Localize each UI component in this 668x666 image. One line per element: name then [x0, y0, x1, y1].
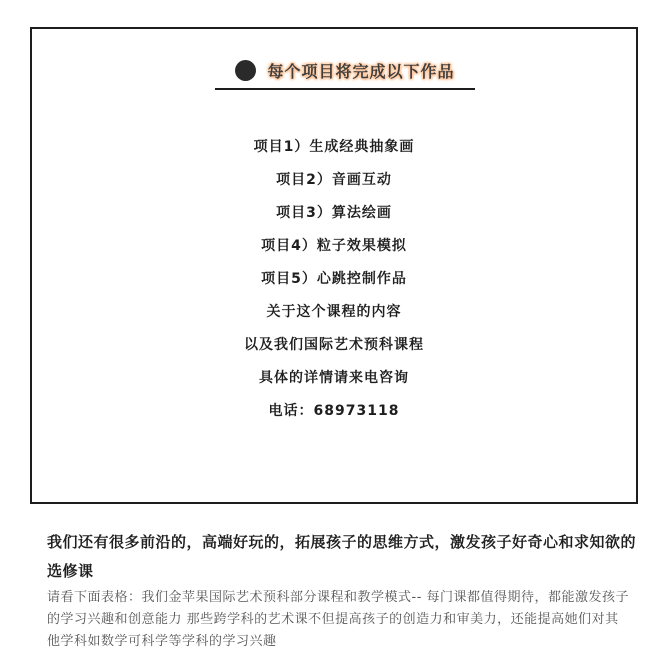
panel-title: 每个项目将完成以下作品 — [267, 59, 454, 82]
project-1-line: 项目1）生成经典抽象画 — [32, 131, 636, 164]
panel-header: 每个项目将完成以下作品 — [32, 59, 636, 82]
prep-course-line: 以及我们国际艺术预科课程 — [32, 329, 636, 362]
project-2-line: 项目2）音画互动 — [32, 164, 636, 197]
course-table-intro-paragraph: 请看下面表格：我们金苹果国际艺术预科部分课程和教学模式-- 每门课都值得期待，都… — [47, 587, 635, 653]
project-4-line: 项目4）粒子效果模拟 — [32, 230, 636, 263]
black-circle-icon — [235, 60, 256, 81]
phone-line: 电话：68973118 — [32, 395, 636, 428]
about-course-line: 关于这个课程的内容 — [32, 296, 636, 329]
title-underline — [215, 88, 475, 90]
page: 每个项目将完成以下作品 项目1）生成经典抽象画 项目2）音画互动 项目3）算法绘… — [0, 0, 668, 666]
project-5-line: 项目5）心跳控制作品 — [32, 263, 636, 296]
course-projects-panel: 每个项目将完成以下作品 项目1）生成经典抽象画 项目2）音画互动 项目3）算法绘… — [30, 27, 638, 504]
project-3-line: 项目3）算法绘画 — [32, 197, 636, 230]
project-list: 项目1）生成经典抽象画 项目2）音画互动 项目3）算法绘画 项目4）粒子效果模拟… — [32, 131, 636, 428]
elective-courses-heading: 我们还有很多前沿的，高端好玩的，拓展孩子的思维方式，激发孩子好奇心和求知欲的选修… — [47, 528, 639, 586]
contact-invite-line: 具体的详情请来电咨询 — [32, 362, 636, 395]
